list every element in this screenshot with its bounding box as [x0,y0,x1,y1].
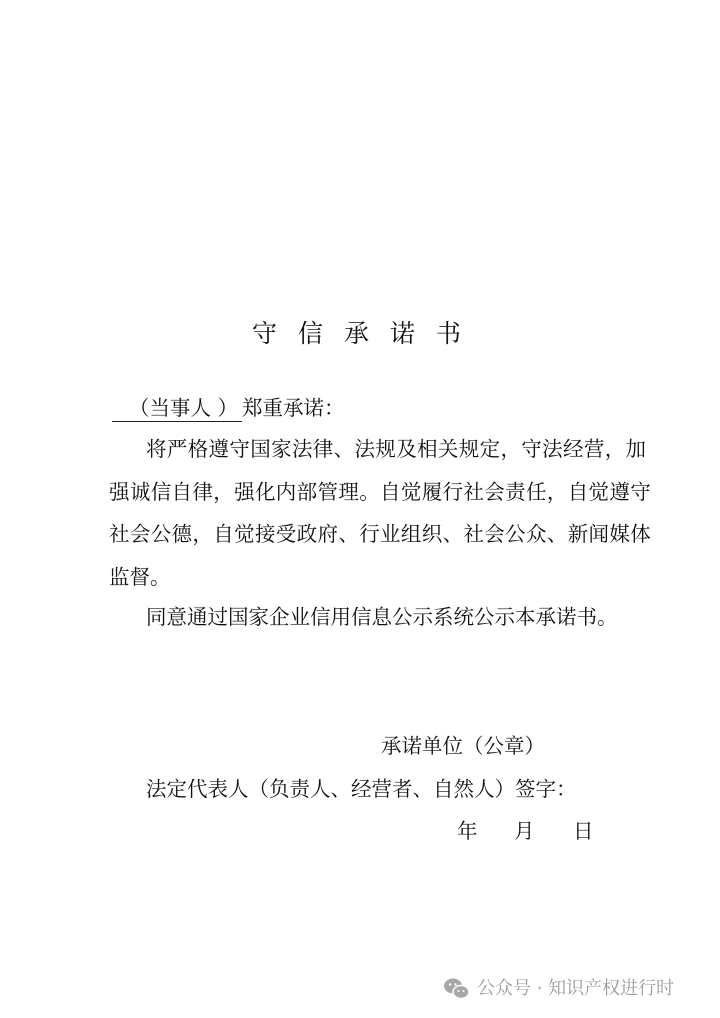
paragraph-1-line-4: 监督。 [109,562,171,592]
watermark-text: 公众号 · 知识产权进行时 [477,975,674,1003]
paragraph-1-line-2: 强诚信自律，强化内部管理。自觉履行社会责任，自觉遵守 [109,477,651,507]
representative-signature-label: 法定代表人（负责人、经营者、自然人）签字： [146,774,577,804]
paragraph-1-line-3: 社会公德，自觉接受政府、行业组织、社会公众、新闻媒体 [109,519,651,549]
date-month: 月 [514,816,573,846]
document-title: 守信承诺书 [0,314,720,354]
wechat-icon [443,977,471,1001]
pledge-intro-line: （当事人 ）郑重承诺： [112,393,345,423]
party-blank: （当事人 ） [112,395,242,422]
date-day: 日 [573,816,594,846]
pledge-unit-label: 承诺单位（公章） [381,731,545,761]
date-year: 年 [457,816,514,846]
pledge-intro: 郑重承诺： [242,396,345,420]
paragraph-2-line-1: 同意通过国家企业信用信息公示系统公示本承诺书。 [146,602,618,632]
signature-date: 年 月 日 [457,816,594,846]
paragraph-1-line-1: 将严格遵守国家法律、法规及相关规定，守法经营，加 [146,434,646,464]
document-page: 守信承诺书 （当事人 ）郑重承诺： 将严格遵守国家法律、法规及相关规定，守法经营… [0,0,720,1018]
watermark: 公众号 · 知识产权进行时 [443,975,674,1003]
